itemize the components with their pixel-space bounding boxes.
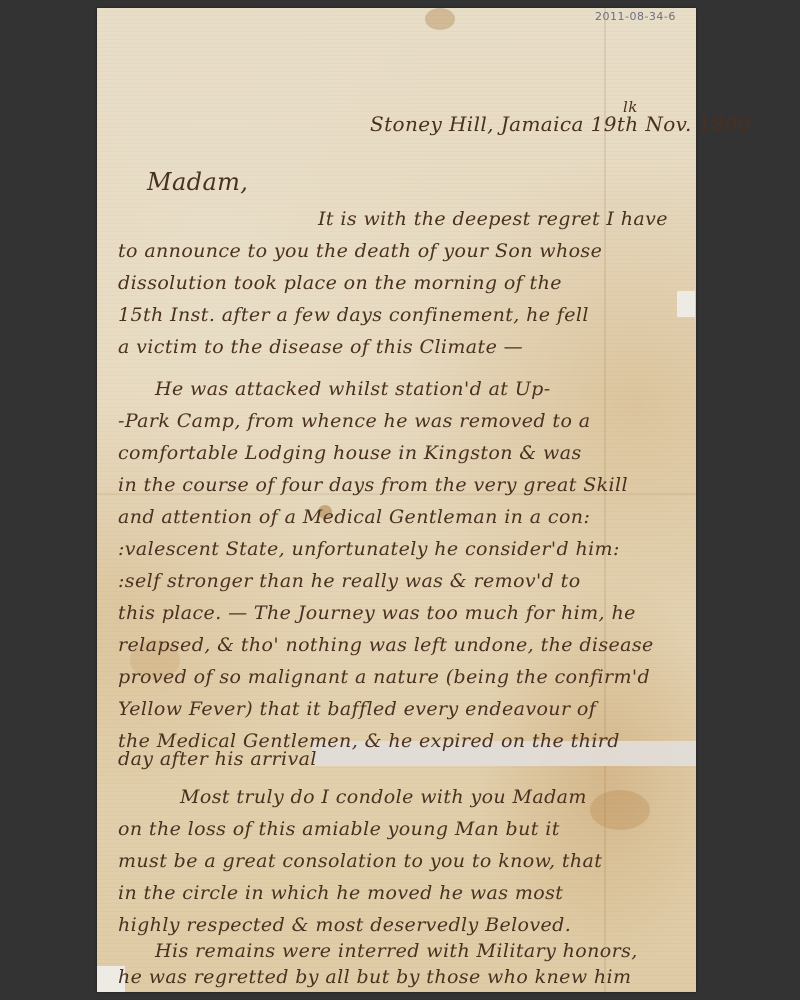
letter-line: -Park Camp, from whence he was removed t… [118, 410, 590, 432]
letter-line: he was regretted by all but by those who… [118, 966, 631, 988]
letter-line: relapsed, & tho' nothing was left undone… [118, 634, 654, 656]
repair-tape-right [677, 291, 695, 317]
letter-line: It is with the deepest regret I have [318, 208, 668, 230]
letter-line: Most truly do I condole with you Madam [180, 786, 587, 808]
letter-line: day after his arrival [118, 748, 317, 770]
letter-line: must be a great consolation to you to kn… [118, 850, 602, 872]
letter-line: in the course of four days from the very… [118, 474, 628, 496]
letter-line: a victim to the disease of this Climate … [118, 336, 523, 358]
stain-right [590, 790, 650, 830]
letter-line: this place. — The Journey was too much f… [118, 602, 636, 624]
letter-line: :valescent State, unfortunately he consi… [118, 538, 620, 560]
letter-line: on the loss of this amiable young Man bu… [118, 818, 560, 840]
letter-line: to announce to you the death of your Son… [118, 240, 602, 262]
letter-line: :self stronger than he really was & remo… [118, 570, 581, 592]
letter-line: proved of so malignant a nature (being t… [118, 666, 650, 688]
accession-number: 2011-08-34-6 [595, 10, 676, 23]
letter-line: dissolution took place on the morning of… [118, 272, 562, 294]
letter-line: His remains were interred with Military … [155, 940, 638, 962]
letter-line: 15th Inst. after a few days confinement,… [118, 304, 589, 326]
letter-line: He was attacked whilst station'd at Up- [155, 378, 551, 400]
letter-line: Yellow Fever) that it baffled every ende… [118, 698, 596, 720]
letter-dateline: Stoney Hill, Jamaica 19th Nov. 1800 [370, 112, 751, 136]
letter-page [97, 8, 696, 992]
letter-line: highly respected & most deservedly Belov… [118, 914, 571, 936]
letter-line: in the circle in which he moved he was m… [118, 882, 563, 904]
vertical-fold-crease [604, 8, 606, 992]
letter-line: comfortable Lodging house in Kingston & … [118, 442, 582, 464]
letter-salutation: Madam, [147, 168, 248, 196]
letter-line: and attention of a Medical Gentleman in … [118, 506, 590, 528]
stain-top [425, 8, 455, 30]
